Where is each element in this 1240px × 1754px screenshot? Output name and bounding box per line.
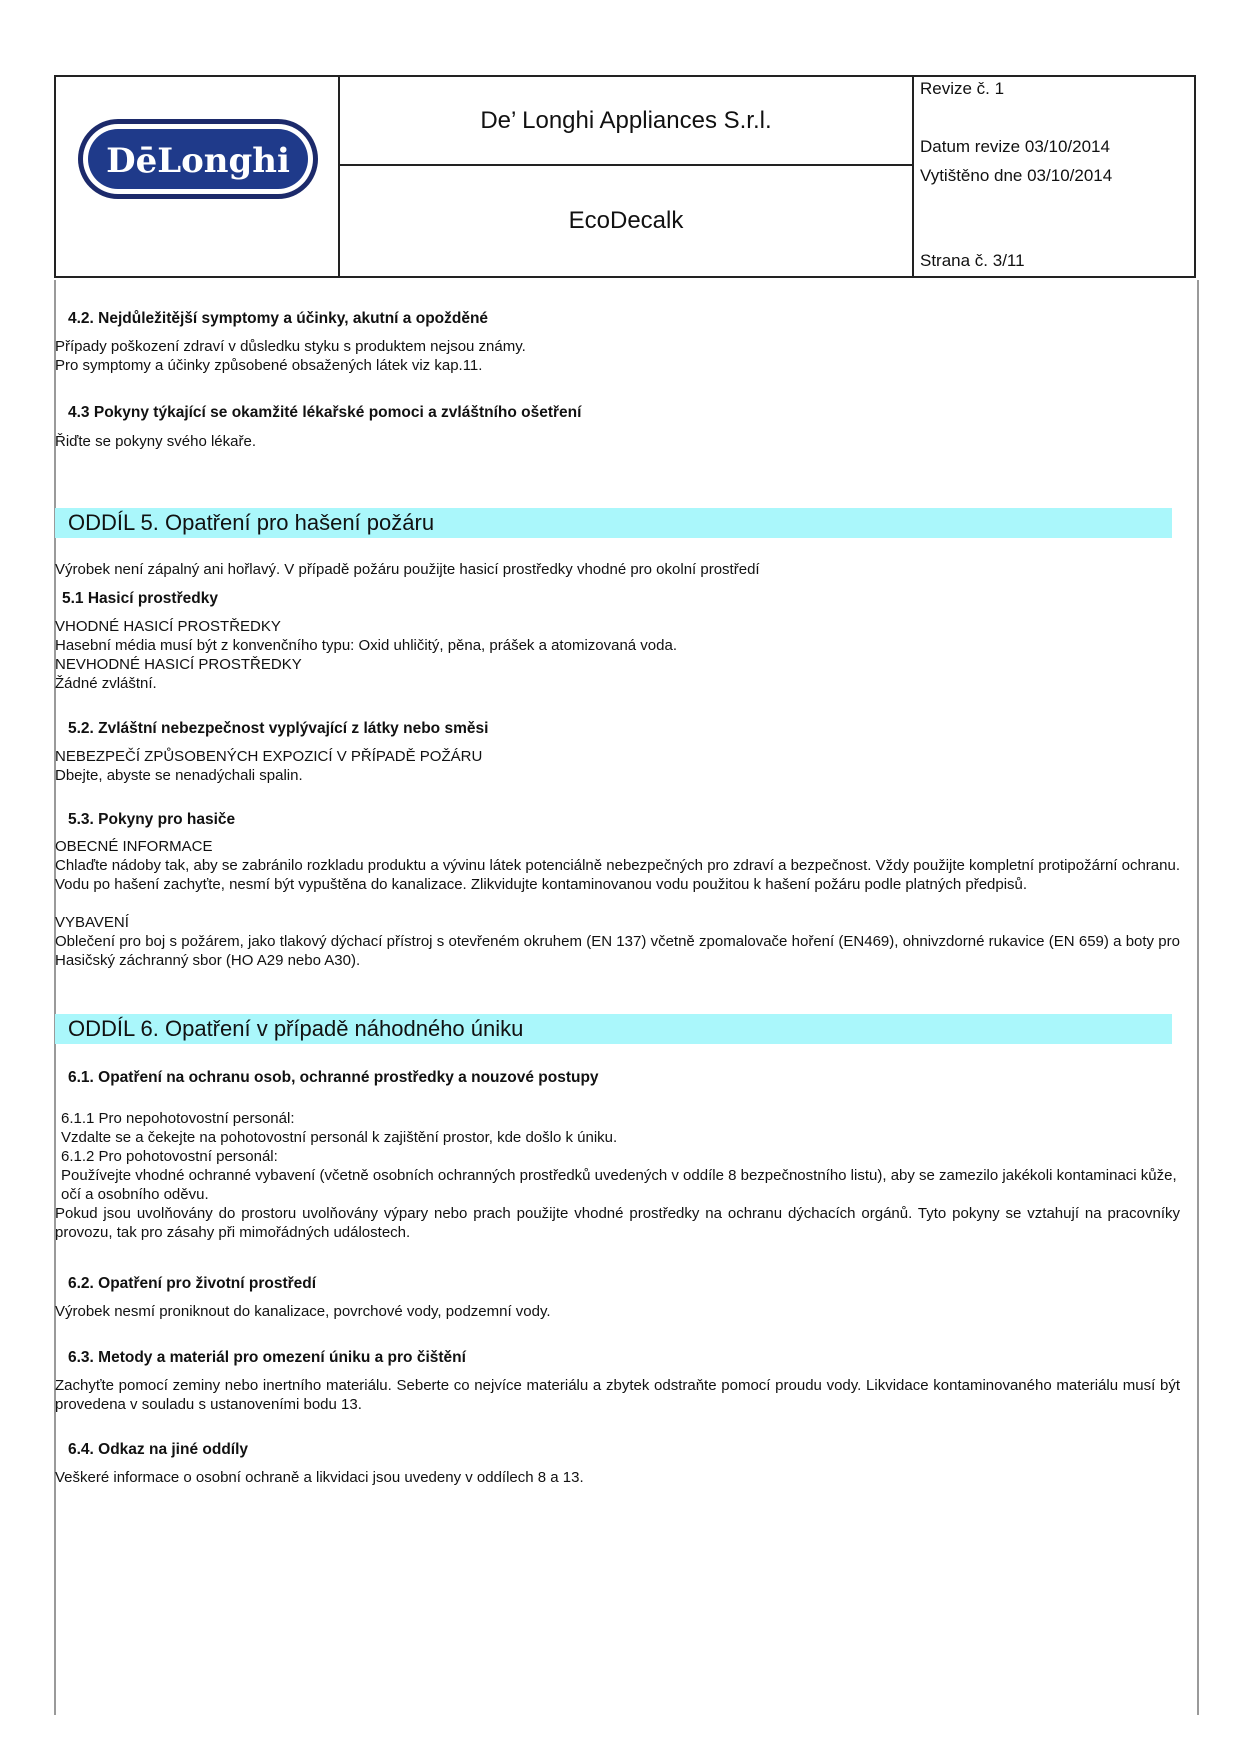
paragraph: Používejte vhodné ochranné vybavení (vče… [55,1166,1180,1204]
subsection-title-4-3: 4.3 Pokyny týkající se okamžité lékařské… [55,403,1193,422]
paragraph: Řiďte se pokyny svého lékaře. [55,432,1180,451]
svg-text:DēLonghi: DēLonghi [106,141,290,181]
page-frame [54,280,1199,1715]
paragraph: Pro symptomy a účinky způsobené obsažený… [55,356,1180,375]
paragraph: NEBEZPEČÍ ZPŮSOBENÝCH EXPOZICÍ V PŘÍPADĚ… [55,747,1180,766]
paragraph: VYBAVENÍ [55,913,1180,932]
paragraph: Výrobek není zápalný ani hořlavý. V příp… [55,560,1180,579]
paragraph: Veškeré informace o osobní ochraně a lik… [55,1468,1180,1487]
logo-cell: DēLonghi [56,77,340,276]
paragraph: 6.1.1 Pro nepohotovostní personál: [55,1109,1186,1128]
paragraph: Chlaďte nádoby tak, aby se zabránilo roz… [55,856,1180,894]
paragraph: Pokud jsou uvolňovány do prostoru uvolňo… [55,1204,1180,1242]
paragraph: Dbejte, abyste se nenadýchali spalin. [55,766,1180,785]
paragraph: Hasební média musí být z konvenčního typ… [55,636,1180,655]
paragraph: VHODNÉ HASICÍ PROSTŘEDKY [55,617,1180,636]
subsection-title-5-1: 5.1 Hasicí prostředky [55,589,1187,608]
revision-number: Revize č. 1 [920,79,1004,99]
document-header: DēLonghi De’ Longhi Appliances S.r.l. Ec… [54,75,1196,278]
paragraph: NEVHODNÉ HASICÍ PROSTŘEDKY [55,655,1180,674]
delonghi-logo: DēLonghi [76,117,320,201]
paragraph: Zachyťte pomocí zeminy nebo inertního ma… [55,1376,1180,1414]
paragraph: Výrobek nesmí proniknout do kanalizace, … [55,1302,1180,1321]
printed-date: Vytištěno dne 03/10/2014 [920,166,1112,186]
section-6-heading: ODDÍL 6. Opatření v případě náhodného ún… [55,1014,1172,1044]
subsection-title-4-2: 4.2. Nejdůležitější symptomy a účinky, a… [55,309,1193,328]
subsection-title-6-3: 6.3. Metody a materiál pro omezení úniku… [55,1348,1193,1367]
revision-info: Revize č. 1 Datum revize 03/10/2014 Vyti… [914,77,1194,276]
paragraph: OBECNÉ INFORMACE [55,837,1180,856]
paragraph: Vzdalte se a čekejte na pohotovostní per… [55,1128,1186,1147]
product-name: EcoDecalk [340,166,914,276]
page-number: Strana č. 3/11 [920,251,1025,271]
paragraph: Oblečení pro boj s požárem, jako tlakový… [55,932,1180,970]
subsection-title-6-2: 6.2. Opatření pro životní prostředí [55,1274,1193,1293]
subsection-title-6-1: 6.1. Opatření na ochranu osob, ochranné … [55,1068,1193,1087]
paragraph: 6.1.2 Pro pohotovostní personál: [55,1147,1186,1166]
paragraph: Případy poškození zdraví v důsledku styk… [55,337,1180,356]
revision-date: Datum revize 03/10/2014 [920,137,1110,157]
subsection-title-6-4: 6.4. Odkaz na jiné oddíly [55,1440,1193,1459]
subsection-title-5-2: 5.2. Zvláštní nebezpečnost vyplývající z… [55,719,1193,738]
section-5-heading: ODDÍL 5. Opatření pro hašení požáru [55,508,1172,538]
subsection-title-5-3: 5.3. Pokyny pro hasiče [55,810,1193,829]
company-name: De’ Longhi Appliances S.r.l. [340,77,914,166]
paragraph: Žádné zvláštní. [55,674,1180,693]
